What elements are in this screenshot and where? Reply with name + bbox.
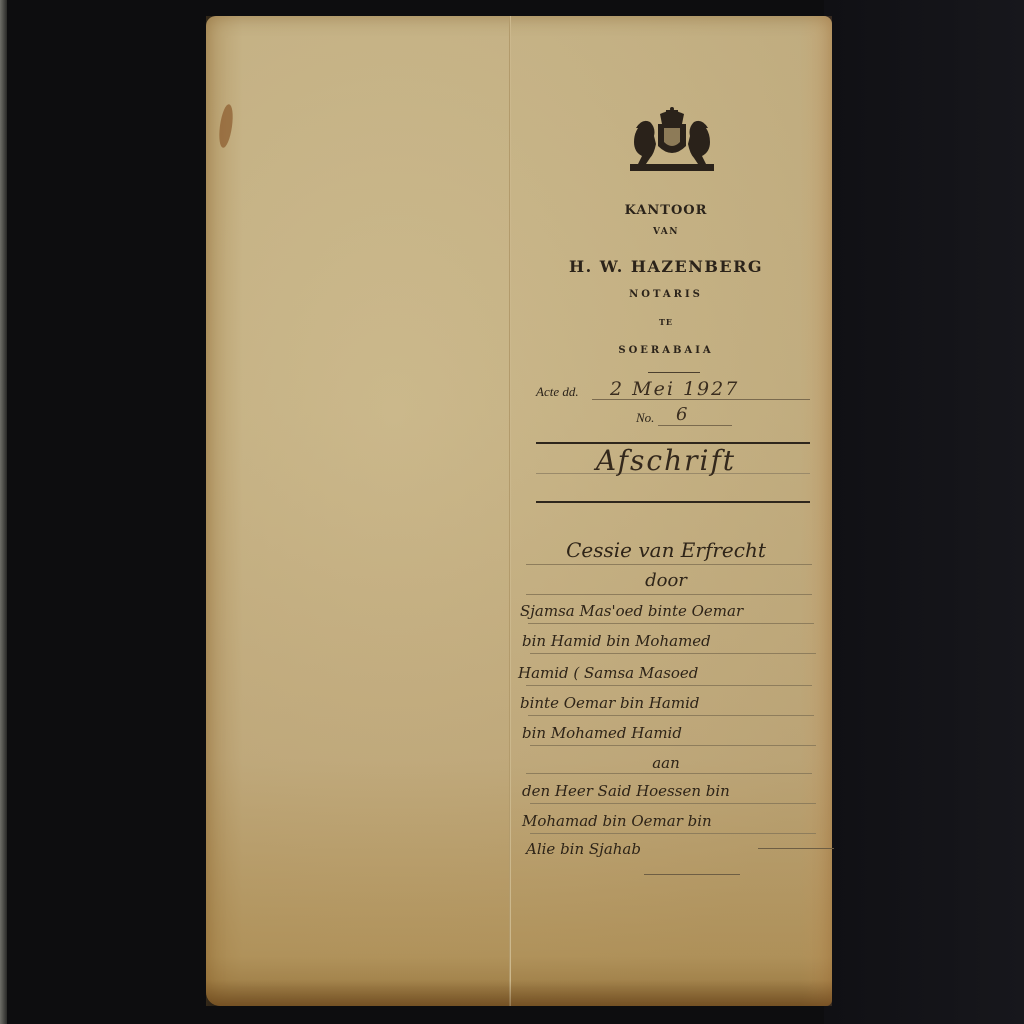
paper-stain: [217, 103, 235, 148]
deed-number-line: [658, 425, 732, 426]
deed-number-label: No.: [636, 410, 654, 426]
office-van: VAN: [518, 227, 814, 237]
acte-date-label: Acte dd.: [536, 384, 579, 400]
divider-thick: [536, 501, 810, 503]
closing-line: [644, 874, 740, 875]
scanner-edge: [0, 0, 7, 1024]
office-te: TE: [518, 317, 814, 327]
divider: [648, 372, 700, 373]
copy-label: Afschrift: [518, 444, 814, 477]
closing-line: [758, 848, 834, 849]
notary-name: H. W. HAZENBERG: [518, 257, 814, 276]
document-folder: [206, 16, 832, 1006]
worn-bottom-edge: [206, 980, 832, 1006]
notary-title: NOTARIS: [518, 289, 814, 300]
coat-of-arms-icon: [626, 106, 718, 174]
office-city: SOERABAIA: [518, 345, 814, 356]
scan-background: [824, 0, 1024, 1024]
acte-date-value: 2 Mei 1927: [610, 378, 739, 400]
deed-number-value: 6: [676, 404, 687, 425]
folder-back-panel: [206, 16, 510, 1006]
office-label: KANTOOR: [518, 203, 814, 218]
